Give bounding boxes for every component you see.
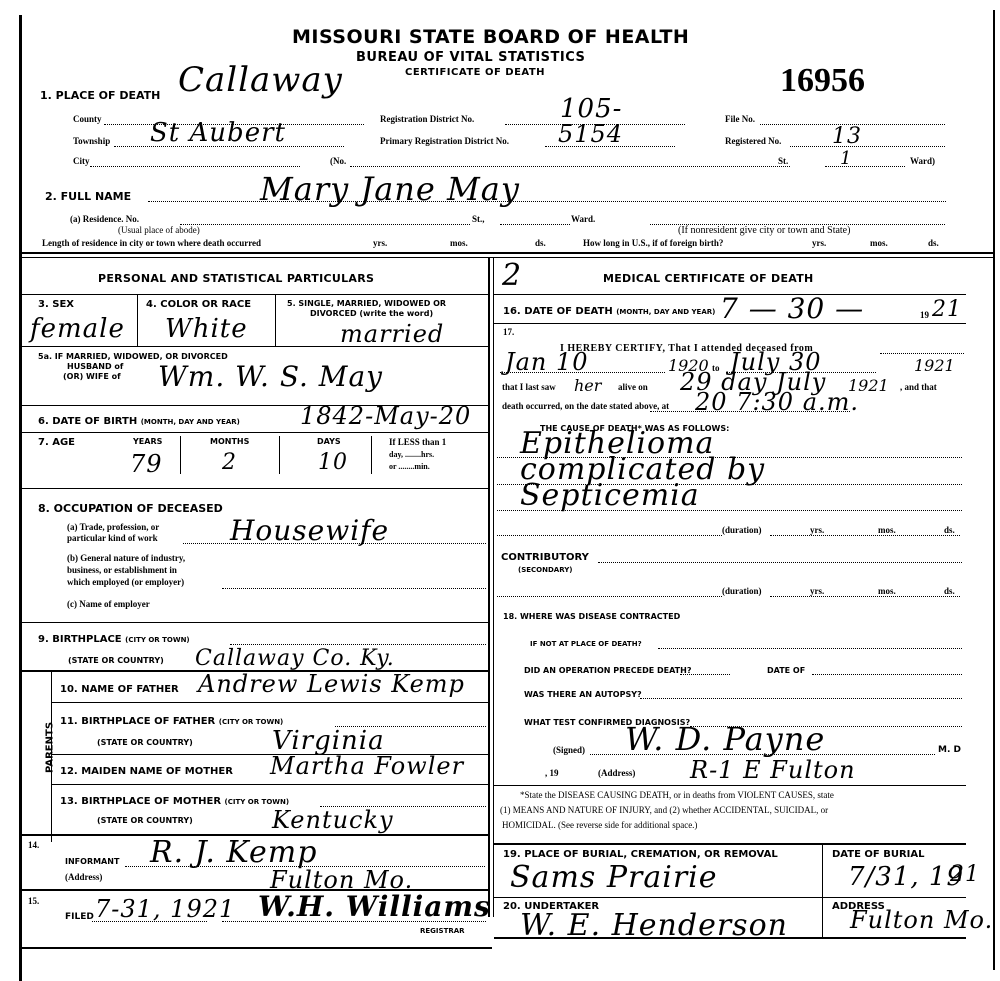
- days-value: 10: [318, 450, 348, 475]
- operation-field[interactable]: [680, 674, 730, 675]
- nonresident-note: (If nonresident give city or town and St…: [678, 225, 850, 236]
- dob-label: 6. DATE OF BIRTH (MONTH, DAY AND YEAR): [38, 416, 240, 427]
- dod-year-prefix: 19: [920, 310, 929, 320]
- divider: [494, 897, 966, 898]
- certificate-number: 16956: [780, 62, 865, 100]
- divider: [494, 843, 966, 845]
- operation-date-label: DATE OF: [767, 666, 805, 675]
- duration-mos-1: mos.: [878, 525, 896, 535]
- duration-yrs-2: yrs.: [810, 586, 824, 596]
- father-bp-label-text: 11. BIRTHPLACE OF FATHER: [60, 716, 215, 727]
- foreign-yrs-label: yrs.: [812, 238, 826, 248]
- last-saw-label: that I last saw: [502, 382, 556, 392]
- birthplace-state-label: (STATE OR COUNTRY): [68, 656, 164, 665]
- certify-number: 17.: [503, 327, 514, 337]
- birthplace-label-text: 9. BIRTHPLACE: [38, 634, 122, 645]
- file-no-label: File No.: [725, 114, 755, 124]
- length-mos-label: mos.: [450, 238, 468, 248]
- divider: [22, 622, 488, 623]
- residence-ward-label: Ward.: [571, 214, 595, 224]
- divider: [279, 436, 280, 474]
- registered-no-label: Registered No.: [725, 136, 781, 146]
- father-label: 10. NAME OF FATHER: [60, 684, 179, 695]
- birthplace-hint: (CITY OR TOWN): [125, 636, 190, 644]
- divider: [822, 843, 823, 937]
- occupation-industry-field[interactable]: [222, 588, 486, 589]
- divider: [22, 947, 492, 949]
- duration-mos-2: mos.: [878, 586, 896, 596]
- foreign-birth-label: How long in U.S., if of foreign birth?: [583, 238, 723, 248]
- not-at-place-label: IF NOT AT PLACE OF DEATH?: [530, 640, 642, 648]
- duration-yrs-field-2[interactable]: [770, 596, 960, 597]
- less-label-3: or ........min.: [389, 462, 430, 471]
- autopsy-field[interactable]: [640, 698, 962, 699]
- county-value: Callaway: [178, 60, 343, 100]
- township-value: St Aubert: [150, 118, 286, 148]
- duration-field-1[interactable]: [497, 535, 722, 536]
- burial-value: Sams Prairie: [510, 860, 718, 895]
- md-label: M. D: [938, 745, 961, 755]
- full-name-value: Mary Jane May: [260, 170, 520, 208]
- duration-yrs-1: yrs.: [810, 525, 824, 535]
- divider: [371, 436, 372, 474]
- occ-b-label-2: business, or establishment in: [67, 565, 177, 575]
- occ-a-label-1: (a) Trade, profession, or: [67, 522, 159, 532]
- duration-label-1: (duration): [722, 525, 762, 535]
- dod-year-value: 21: [932, 297, 962, 322]
- city-field[interactable]: [90, 166, 300, 167]
- city-no-label: (No.: [330, 156, 346, 166]
- duration-ds-1: ds.: [944, 525, 955, 535]
- full-name-label: 2. FULL NAME: [45, 190, 131, 203]
- father-bp-hint: (CITY OR TOWN): [219, 718, 284, 726]
- footnote-line-3: HOMICIDAL. (See reverse side for additio…: [502, 820, 697, 830]
- residence-note: (Usual place of abode): [118, 225, 200, 235]
- marital-value: married: [340, 320, 444, 348]
- divider: [52, 702, 488, 703]
- township-label: Township: [73, 136, 110, 146]
- age-label: 7. AGE: [38, 437, 75, 448]
- burial-date-value: 7/31, 19: [848, 862, 964, 892]
- medical-section-title: MEDICAL CERTIFICATE OF DEATH: [603, 272, 814, 285]
- residence-field[interactable]: [180, 224, 470, 225]
- months-label: MONTHS: [210, 437, 249, 446]
- medical-corner-number: 2: [502, 258, 522, 293]
- contracted-label: 18. WHERE WAS DISEASE CONTRACTED: [503, 612, 680, 621]
- ward-label: Ward): [910, 156, 935, 166]
- certify-to-year: 1921: [914, 356, 955, 375]
- dob-value: 1842-May-20: [300, 402, 471, 430]
- years-label: YEARS: [133, 437, 162, 446]
- residence-ward-field[interactable]: [500, 224, 570, 225]
- sex-label: 3. SEX: [38, 299, 74, 310]
- informant-address-label: (Address): [65, 872, 102, 882]
- primary-reg-label: Primary Registration District No.: [380, 136, 509, 146]
- dod-hint: (MONTH, DAY AND YEAR): [616, 308, 715, 316]
- undertaker-address-value: Fulton Mo.: [850, 906, 993, 934]
- registered-no-field[interactable]: [790, 146, 945, 147]
- father-value: Andrew Lewis Kemp: [198, 670, 465, 698]
- marital-label-2: DIVORCED (write the word): [310, 309, 433, 318]
- divider: [137, 294, 138, 346]
- ward-value: 1: [840, 148, 851, 169]
- color-label: 4. COLOR OR RACE: [146, 299, 251, 310]
- spouse-value: Wm. W. S. May: [158, 360, 383, 393]
- divider: [275, 294, 276, 346]
- occupation-label: 8. OCCUPATION OF DECEASED: [38, 502, 223, 515]
- divider: [22, 294, 488, 295]
- divider: [494, 937, 966, 939]
- less-label-2: day, ........hrs.: [389, 450, 434, 459]
- personal-section-title: PERSONAL AND STATISTICAL PARTICULARS: [98, 272, 374, 285]
- dod-label-text: 16. DATE OF DEATH: [503, 306, 613, 317]
- length-ds-label: ds.: [535, 238, 546, 248]
- alive-on-label: alive on: [618, 382, 648, 392]
- footnote-line-2: (1) MEANS AND NATURE OF INJURY, and (2) …: [500, 805, 828, 815]
- mother-bp-label: 13. BIRTHPLACE OF MOTHER (CITY OR TOWN): [60, 796, 289, 807]
- father-bp-label: 11. BIRTHPLACE OF FATHER (CITY OR TOWN): [60, 716, 283, 727]
- autopsy-label: WAS THERE AN AUTOPSY?: [524, 690, 642, 699]
- length-residence-label: Length of residence in city or town wher…: [42, 238, 261, 248]
- filed-value: 7-31, 1921: [95, 895, 235, 923]
- spouse-label-2: HUSBAND of: [67, 362, 123, 371]
- and-that-label: , and that: [900, 382, 937, 392]
- mother-value: Martha Fowler: [270, 752, 464, 780]
- doctor-address-value: R-1 E Fulton: [690, 756, 856, 784]
- cause-value-3: Septicemia: [520, 478, 700, 513]
- occ-c-label: (c) Name of employer: [67, 599, 150, 609]
- residence-label: (a) Residence. No.: [70, 214, 139, 224]
- county-label: County: [73, 114, 102, 124]
- occ-b-label-3: which employed (or employer): [67, 577, 184, 587]
- duration-field-2[interactable]: [497, 596, 722, 597]
- mother-bp-label-text: 13. BIRTHPLACE OF MOTHER: [60, 796, 221, 807]
- birthplace-value: Callaway Co. Ky.: [195, 646, 395, 671]
- city-no-field[interactable]: [350, 166, 790, 167]
- filed-number: 15.: [28, 896, 39, 906]
- divider: [52, 784, 488, 785]
- bureau-subtitle: BUREAU OF VITAL STATISTICS: [356, 50, 585, 65]
- months-value: 2: [222, 450, 237, 475]
- contributory-label: CONTRIBUTORY: [501, 552, 589, 563]
- registrar-signature: W.H. Williams: [258, 890, 491, 923]
- dod-label: 16. DATE OF DEATH (MONTH, DAY AND YEAR): [503, 306, 715, 317]
- dob-hint: (MONTH, DAY AND YEAR): [141, 418, 240, 426]
- parents-label: PARENTS: [45, 718, 56, 778]
- burial-label: 19. PLACE OF BURIAL, CREMATION, OR REMOV…: [503, 849, 778, 860]
- mother-label: 12. MAIDEN NAME OF MOTHER: [60, 766, 233, 777]
- occ-a-label-2: particular kind of work: [67, 533, 158, 543]
- birthplace-field[interactable]: [230, 644, 486, 645]
- reg-district-label: Registration District No.: [380, 114, 474, 124]
- left-border: [19, 15, 22, 981]
- occupation-trade-value: Housewife: [230, 514, 389, 547]
- date-19-label: , 19: [545, 768, 559, 778]
- spouse-label-3: (OR) WIFE of: [63, 372, 121, 381]
- duration-label-2: (duration): [722, 586, 762, 596]
- sex-value: female: [30, 314, 125, 344]
- birthplace-label: 9. BIRTHPLACE (CITY OR TOWN): [38, 634, 190, 645]
- less-label-1: If LESS than 1: [389, 437, 446, 447]
- informant-label: INFORMANT: [65, 857, 119, 866]
- marital-label-1: 5. SINGLE, MARRIED, WIDOWED OR: [287, 299, 446, 308]
- duration-yrs-field-1[interactable]: [770, 535, 960, 536]
- city-label: City: [73, 156, 90, 166]
- divider: [494, 323, 966, 324]
- operation-label: DID AN OPERATION PRECEDE DEATH?: [524, 666, 691, 675]
- registrar-label: REGISTRAR: [420, 927, 465, 935]
- divider: [22, 488, 488, 489]
- doctor-address-label: (Address): [598, 768, 635, 778]
- divider: [22, 252, 994, 254]
- form-name: CERTIFICATE OF DEATH: [405, 67, 545, 78]
- length-yrs-label: yrs.: [373, 238, 387, 248]
- burial-date-label: DATE OF BURIAL: [832, 849, 925, 860]
- dod-value: 7 — 30 —: [720, 292, 864, 325]
- dob-label-text: 6. DATE OF BIRTH: [38, 416, 137, 427]
- page-title: MISSOURI STATE BOARD OF HEALTH: [292, 26, 689, 48]
- certify-from-date: Jan 10: [505, 348, 589, 376]
- column-divider: [488, 257, 490, 917]
- last-saw-pronoun: her: [574, 376, 601, 395]
- occ-b-label-1: (b) General nature of industry,: [67, 553, 185, 563]
- city-st-label: St.: [778, 156, 788, 166]
- death-time-value: 20 7:30 a.m.: [695, 388, 859, 416]
- primary-reg-value: 5154: [558, 120, 623, 148]
- foreign-ds-label: ds.: [928, 238, 939, 248]
- filed-label: FILED: [65, 912, 94, 922]
- operation-date-field[interactable]: [812, 674, 962, 675]
- divider: [494, 785, 966, 786]
- certify-from-field[interactable]: [880, 353, 964, 354]
- burial-year-value: 21: [950, 862, 980, 887]
- death-occurred-label: death occurred, on the date stated above…: [502, 401, 669, 411]
- right-border: [993, 10, 995, 970]
- place-of-death-label: 1. PLACE OF DEATH: [40, 89, 160, 102]
- duration-ds-2: ds.: [944, 586, 955, 596]
- column-divider: [493, 257, 494, 917]
- contracted-field[interactable]: [658, 648, 962, 649]
- contributory-field[interactable]: [598, 562, 962, 563]
- footnote-line-1: *State the DISEASE CAUSING DEATH, or in …: [520, 790, 834, 800]
- signed-label: (Signed): [553, 745, 585, 755]
- mother-bp-state-label: (STATE OR COUNTRY): [97, 816, 193, 825]
- mother-bp-hint: (CITY OR TOWN): [225, 798, 290, 806]
- divider: [180, 436, 181, 474]
- divider: [22, 346, 488, 347]
- secondary-label: (SECONDARY): [518, 566, 572, 574]
- registered-no-value: 13: [832, 124, 862, 149]
- ward-field[interactable]: [825, 166, 905, 167]
- father-bp-state-label: (STATE OR COUNTRY): [97, 738, 193, 747]
- signed-value: W. D. Payne: [625, 720, 825, 758]
- foreign-mos-label: mos.: [870, 238, 888, 248]
- years-value: 79: [130, 450, 163, 478]
- color-value: White: [165, 314, 248, 344]
- mother-bp-value: Kentucky: [272, 806, 394, 834]
- residence-st-label: St.,: [472, 214, 485, 224]
- informant-value: R. J. Kemp: [150, 835, 317, 870]
- days-label: DAYS: [317, 437, 341, 446]
- informant-number: 14.: [28, 840, 39, 850]
- divider: [22, 432, 488, 433]
